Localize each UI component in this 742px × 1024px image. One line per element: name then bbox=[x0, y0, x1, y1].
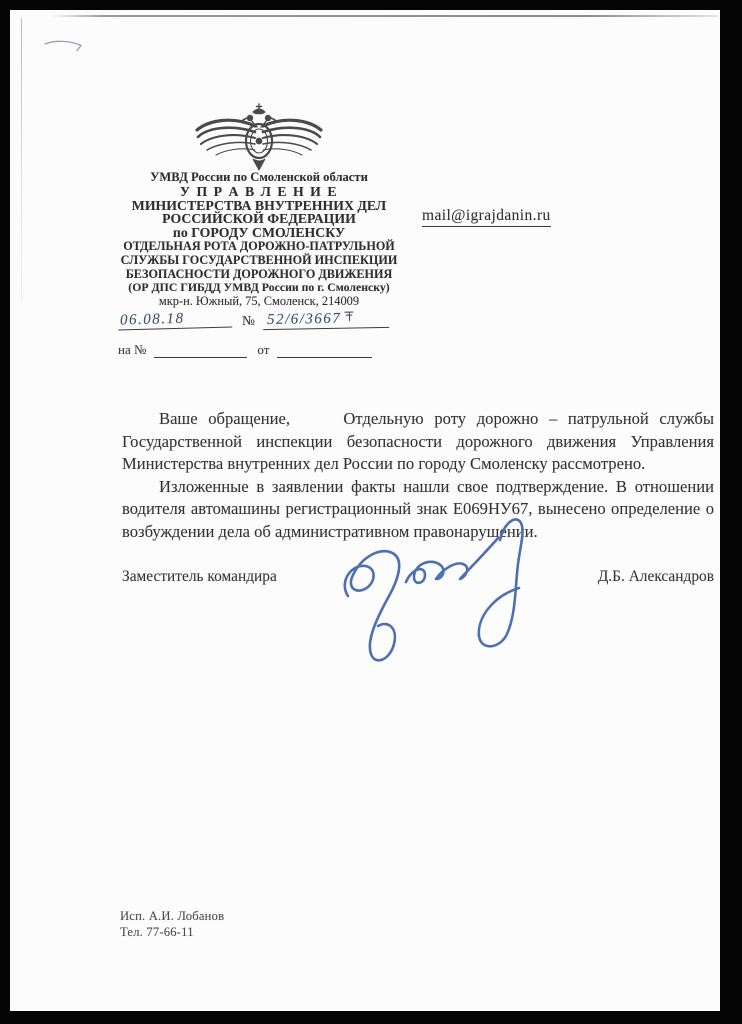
reply-to-label: на № bbox=[118, 342, 146, 358]
pen-flourish bbox=[344, 309, 355, 321]
letterhead-line: (ОР ДПС ГИБДД УМВД России по г. Смоленск… bbox=[68, 281, 450, 295]
outgoing-number-text: 52/6/3667 bbox=[267, 311, 342, 328]
letterhead-line: по ГОРОДУ СМОЛЕНСКУ bbox=[68, 226, 450, 240]
letterhead-line: ОТДЕЛЬНАЯ РОТА ДОРОЖНО-ПАТРУЛЬНОЙ bbox=[68, 240, 450, 254]
handwritten-date: 06.08.18 bbox=[118, 310, 232, 331]
signature-row: Заместитель командира Д.Б. Александров bbox=[122, 568, 714, 586]
number-sign: № bbox=[242, 313, 255, 329]
reply-number-blank bbox=[154, 341, 247, 358]
reply-reference-row: на № от bbox=[118, 334, 418, 358]
scan-edge-artifact-top bbox=[50, 15, 718, 17]
executor-phone: Тел. 77-66-11 bbox=[120, 925, 224, 941]
letterhead-line: СЛУЖБЫ ГОСУДАРСТВЕННОЙ ИНСПЕКЦИИ bbox=[68, 254, 450, 268]
reply-from-label: от bbox=[257, 342, 269, 358]
letterhead: УМВД России по Смоленской области У П Р … bbox=[68, 171, 450, 309]
executor-name: Исп. А.И. Лобанов bbox=[120, 909, 224, 925]
recipient-email: mail@igrajdanin.ru bbox=[422, 207, 551, 227]
letterhead-line: У П Р А В Л Е Н И Е bbox=[68, 185, 450, 199]
reply-date-blank bbox=[277, 341, 372, 358]
executor-footer: Исп. А.И. Лобанов Тел. 77-66-11 bbox=[120, 909, 224, 941]
outgoing-number-row: 06.08.18 № 52/6/3667 bbox=[118, 303, 418, 329]
signer-name: Д.Б. Александров bbox=[598, 568, 714, 586]
mvd-eagle-emblem-icon bbox=[195, 103, 323, 171]
letterhead-line: БЕЗОПАСНОСТИ ДОРОЖНОГО ДВИЖЕНИЯ bbox=[68, 268, 450, 282]
scan-edge-artifact-left bbox=[21, 18, 22, 302]
letterhead-line: УМВД России по Смоленской области bbox=[68, 171, 450, 185]
body-paragraph-2: Изложенные в заявлении факты нашли свое … bbox=[122, 476, 714, 544]
scanner-background: УМВД России по Смоленской области У П Р … bbox=[0, 0, 742, 1024]
letterhead-line: РОССИЙСКОЙ ФЕДЕРАЦИИ bbox=[68, 212, 450, 226]
handwritten-outgoing-number: 52/6/3667 bbox=[263, 309, 389, 330]
document-page: УМВД России по Смоленской области У П Р … bbox=[10, 10, 720, 1011]
pencil-mark bbox=[43, 37, 87, 53]
letter-body: Ваше обращение, Отдельную роту дорожно –… bbox=[122, 408, 714, 544]
body-paragraph-1: Ваше обращение, Отдельную роту дорожно –… bbox=[122, 408, 714, 476]
signer-position-title: Заместитель командира bbox=[122, 568, 277, 586]
reference-block: 06.08.18 № 52/6/3667 на № от bbox=[118, 303, 418, 358]
